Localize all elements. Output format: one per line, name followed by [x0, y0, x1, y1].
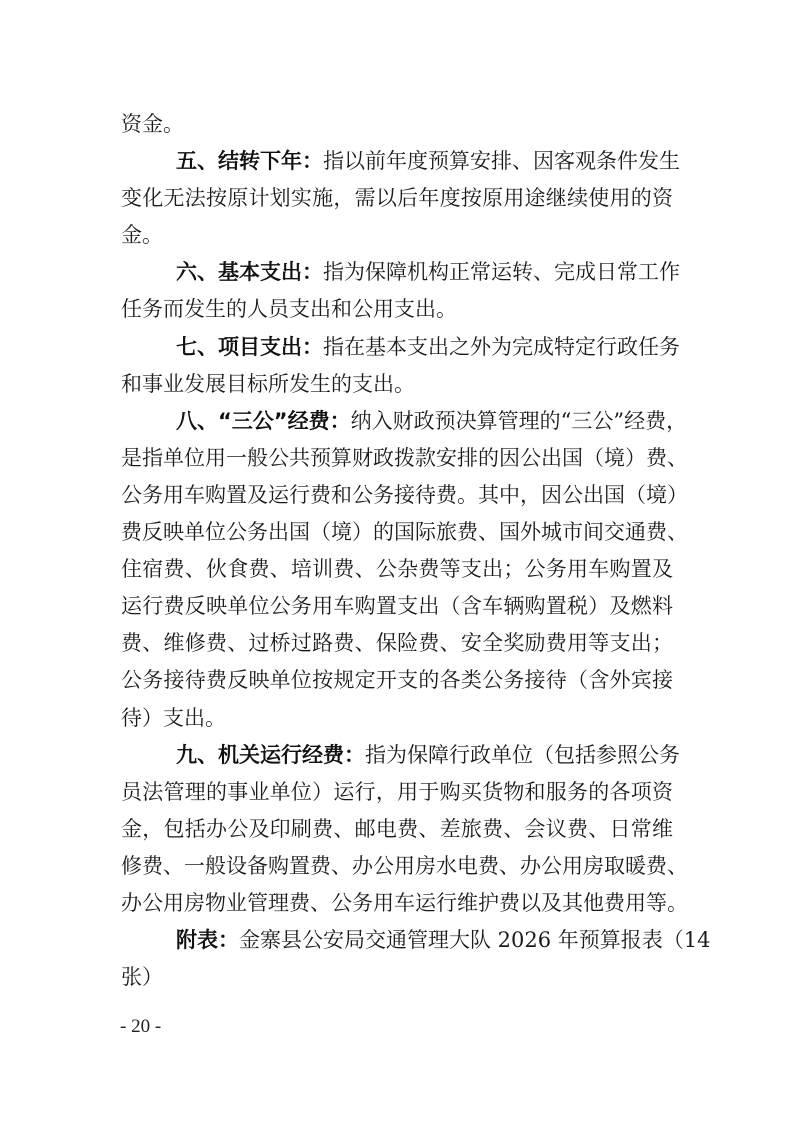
line-text: 变化无法按原计划实施，需以后年度按原用途继续使用的资	[121, 186, 673, 210]
attachment-line: 附表：金寨县公安局交通管理大队 2026 年预算报表（14	[121, 922, 673, 959]
attachment-label: 附表：	[176, 928, 239, 952]
page-number: - 20 -	[120, 1015, 161, 1039]
definition-term: 八、“三公”经费：	[176, 409, 351, 433]
line-text: 指以前年度预算安排、因客观条件发生	[323, 149, 680, 173]
definition-heading-line: 九、机关运行经费：指为保障行政单位（包括参照公务	[121, 737, 673, 774]
text-line: 运行费反映单位公务用车购置支出（含车辆购置税）及燃料	[121, 588, 673, 625]
definition-heading-line: 五、结转下年：指以前年度预算安排、因客观条件发生	[121, 143, 673, 180]
line-text: 修费、一般设备购置费、办公用房水电费、办公用房取暖费、	[121, 854, 688, 878]
text-line: 待）支出。	[121, 700, 673, 737]
line-text: 任务而发生的人员支出和公用支出。	[121, 297, 457, 321]
text-line: 张）	[121, 959, 673, 996]
definition-term: 九、机关运行经费：	[176, 743, 365, 767]
line-text: 待）支出。	[121, 706, 226, 730]
line-text: 住宿费、伙食费、培训费、公杂费等支出；公务用车购置及	[121, 557, 673, 581]
text-line: 金，包括办公及印刷费、邮电费、差旅费、会议费、日常维	[121, 811, 673, 848]
text-line: 费、维修费、过桥过路费、保险费、安全奖励费用等支出；	[121, 625, 673, 662]
line-text: 纳入财政预决算管理的“三公”经费，	[351, 409, 687, 433]
line-text: 和事业发展目标所发生的支出。	[121, 372, 415, 396]
line-text: 指在基本支出之外为完成特定行政任务	[323, 335, 680, 359]
line-text: 员法管理的事业单位）运行，用于购买货物和服务的各项资	[121, 780, 673, 804]
definition-heading-line: 七、项目支出：指在基本支出之外为完成特定行政任务	[121, 329, 673, 366]
text-line: 和事业发展目标所发生的支出。	[121, 366, 673, 403]
definition-term: 五、结转下年：	[176, 149, 323, 173]
line-text: 金，包括办公及印刷费、邮电费、差旅费、会议费、日常维	[121, 817, 673, 841]
line-text: 办公用房物业管理费、公务用车运行维护费以及其他费用等。	[121, 891, 688, 915]
line-text: 公务用车购置及运行费和公务接待费。其中，因公出国（境）	[121, 483, 688, 507]
text-line: 公务用车购置及运行费和公务接待费。其中，因公出国（境）	[121, 477, 673, 514]
definition-term: 六、基本支出：	[176, 260, 323, 284]
definition-term: 七、项目支出：	[176, 335, 323, 359]
line-text: 公务接待费反映单位按规定开支的各类公务接待（含外宾接	[121, 668, 673, 692]
text-line: 金。	[121, 217, 673, 254]
text-line: 变化无法按原计划实施，需以后年度按原用途继续使用的资	[121, 180, 673, 217]
text-line: 资金。	[121, 106, 673, 143]
text-line: 办公用房物业管理费、公务用车运行维护费以及其他费用等。	[121, 885, 673, 922]
text-line: 任务而发生的人员支出和公用支出。	[121, 291, 673, 328]
line-text: 指为保障机构正常运转、完成日常工作	[323, 260, 680, 284]
line-text: 是指单位用一般公共预算财政拨款安排的因公出国（境）费、	[121, 446, 688, 470]
document-page: 资金。 五、结转下年：指以前年度预算安排、因客观条件发生 变化无法按原计划实施，…	[0, 0, 793, 1122]
document-body: 资金。 五、结转下年：指以前年度预算安排、因客观条件发生 变化无法按原计划实施，…	[121, 106, 673, 996]
line-text: 指为保障行政单位（包括参照公务	[365, 743, 680, 767]
line-text: 运行费反映单位公务用车购置支出（含车辆购置税）及燃料	[121, 594, 673, 618]
text-line: 费反映单位公务出国（境）的国际旅费、国外城市间交通费、	[121, 514, 673, 551]
text-line: 公务接待费反映单位按规定开支的各类公务接待（含外宾接	[121, 662, 673, 699]
line-text: 金。	[121, 223, 163, 247]
text-line: 修费、一般设备购置费、办公用房水电费、办公用房取暖费、	[121, 848, 673, 885]
attachment-title: 金寨县公安局交通管理大队 2026 年预算报表（14	[239, 928, 711, 952]
line-text: 张）	[121, 965, 163, 989]
text-line: 是指单位用一般公共预算财政拨款安排的因公出国（境）费、	[121, 440, 673, 477]
line-text: 费、维修费、过桥过路费、保险费、安全奖励费用等支出；	[121, 631, 673, 655]
definition-heading-line: 八、“三公”经费：纳入财政预决算管理的“三公”经费，	[121, 403, 673, 440]
text-line: 员法管理的事业单位）运行，用于购买货物和服务的各项资	[121, 774, 673, 811]
text-line: 住宿费、伙食费、培训费、公杂费等支出；公务用车购置及	[121, 551, 673, 588]
line-text: 费反映单位公务出国（境）的国际旅费、国外城市间交通费、	[121, 520, 688, 544]
definition-heading-line: 六、基本支出：指为保障机构正常运转、完成日常工作	[121, 254, 673, 291]
line-text: 资金。	[121, 112, 184, 136]
